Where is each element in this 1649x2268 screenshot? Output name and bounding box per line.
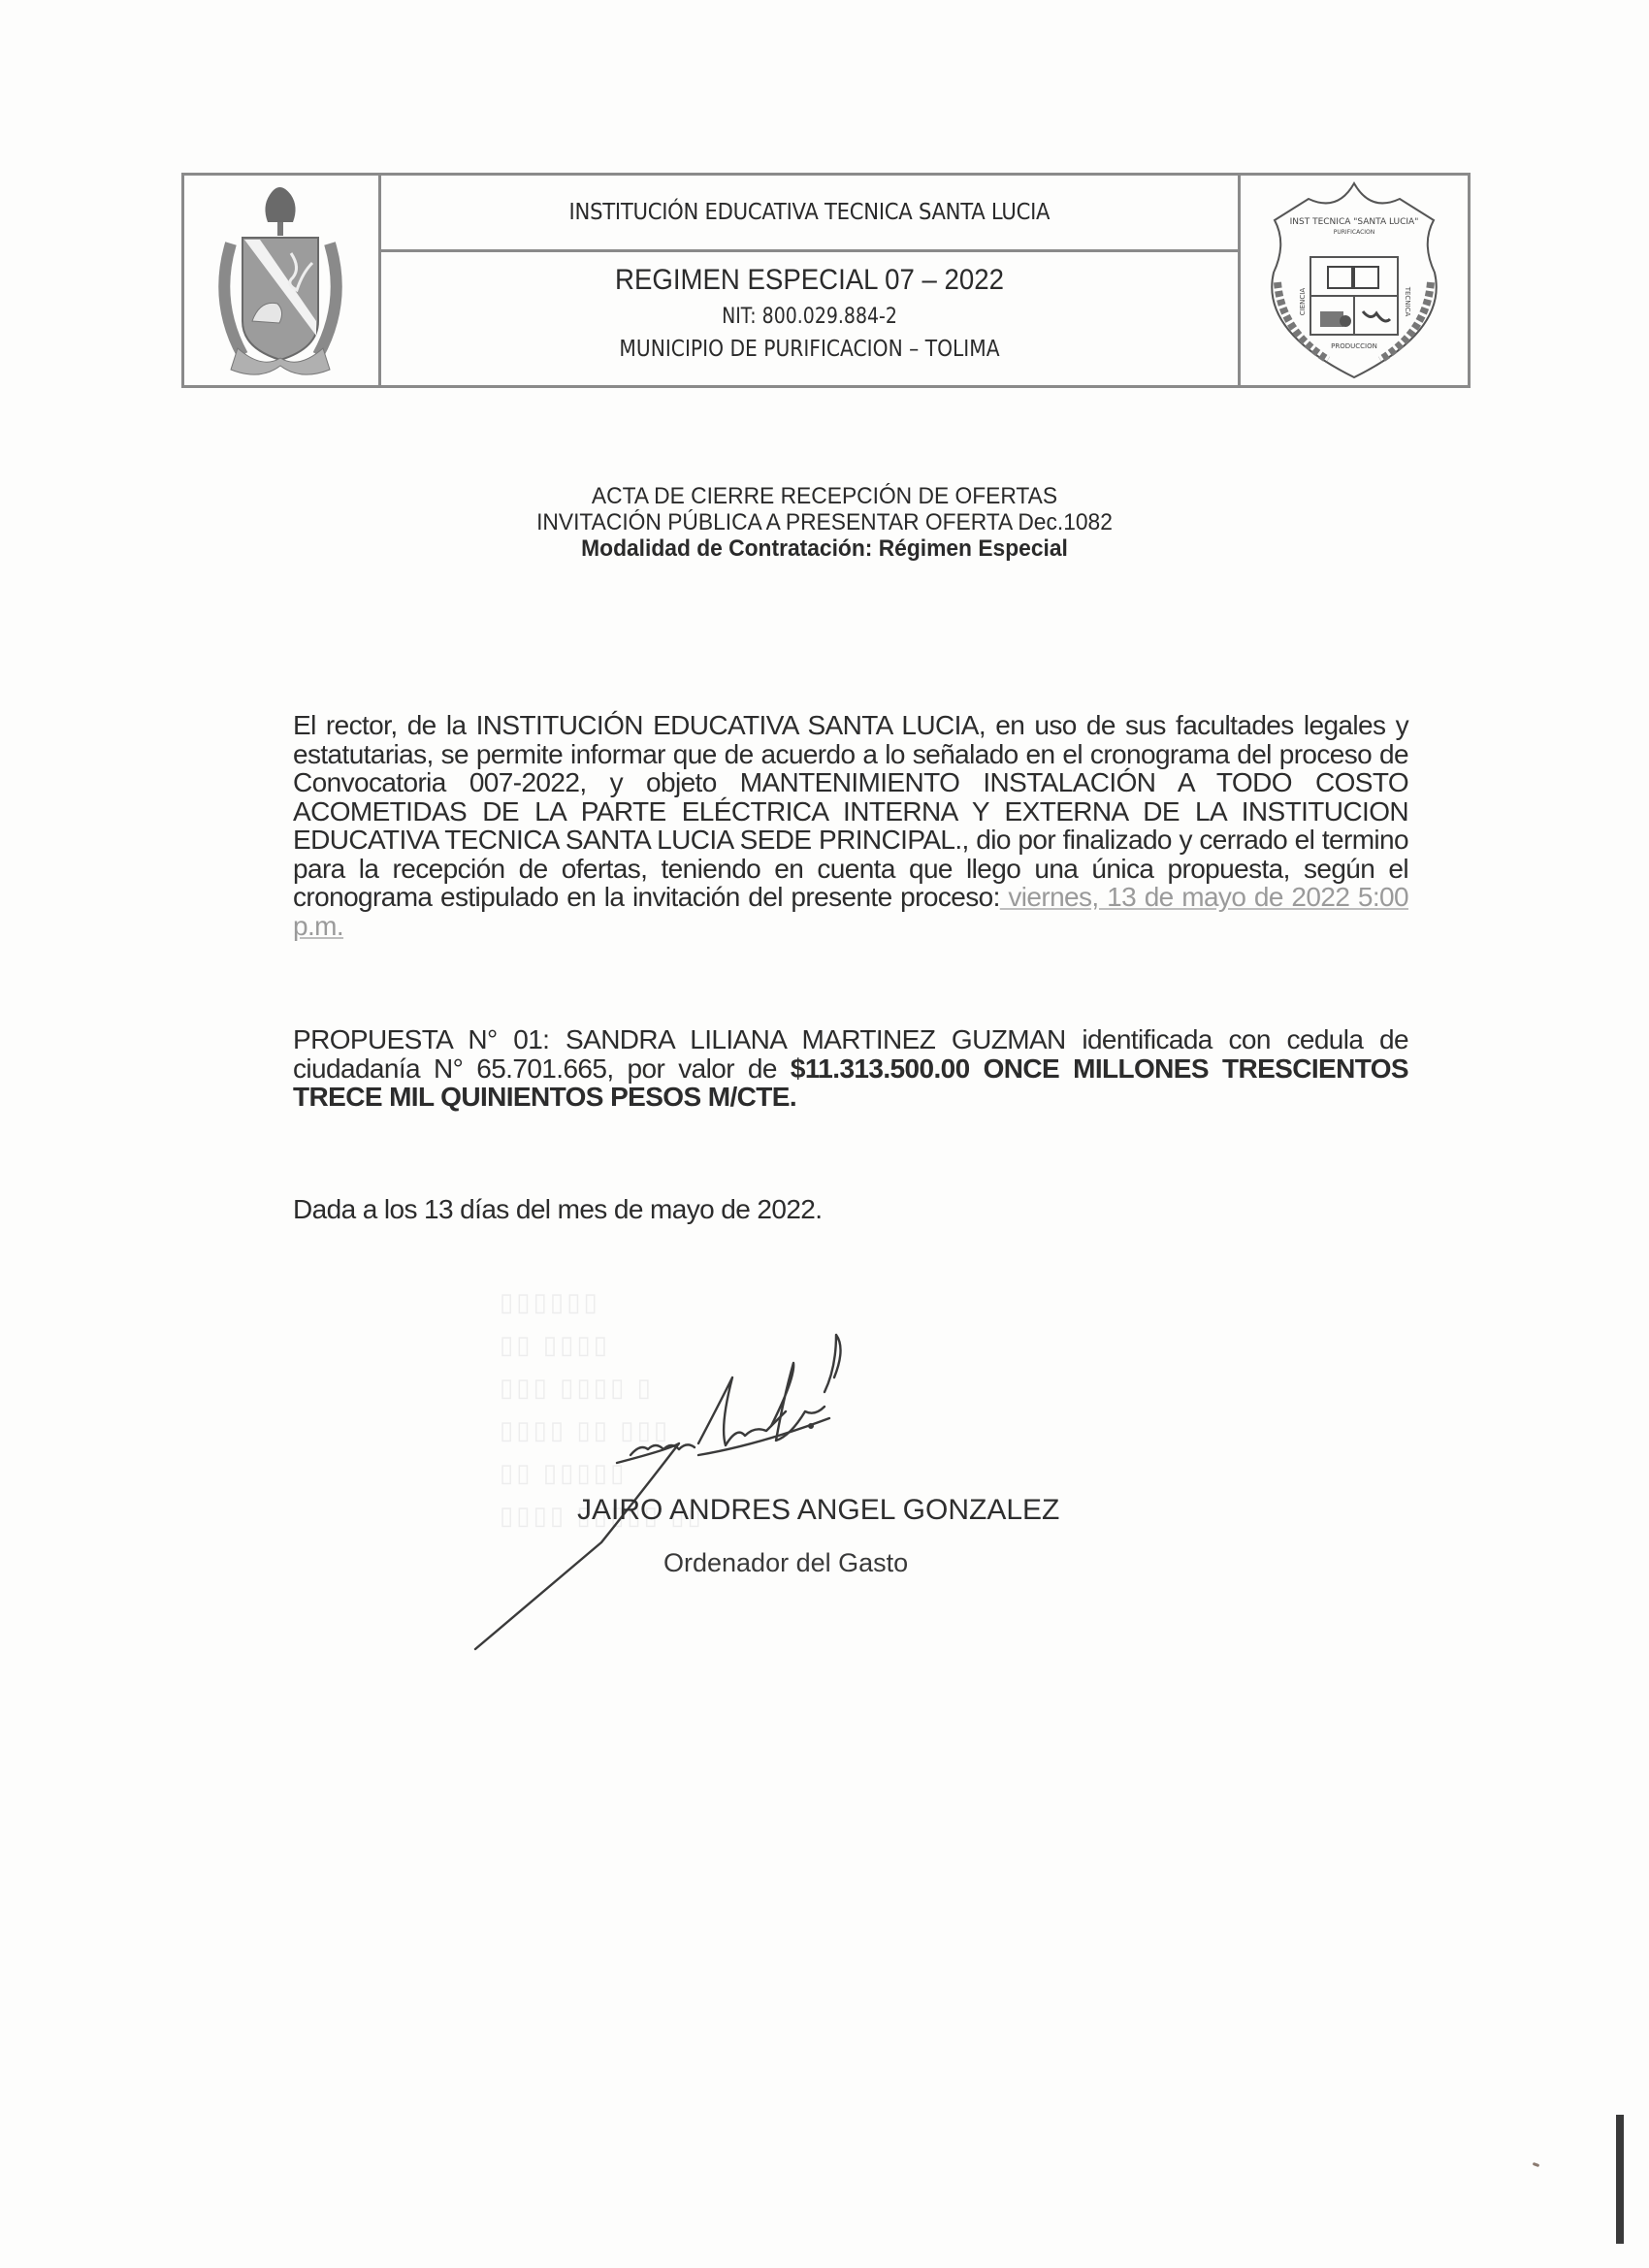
coat-of-arms-icon [184,176,375,385]
institution-row: INSTITUCIÓN EDUCATIVA TECNICA SANTA LUCI… [381,176,1238,252]
institution-name: INSTITUCIÓN EDUCATIVA TECNICA SANTA LUCI… [569,200,1051,225]
school-shield-icon: INST TECNICA "SANTA LUCIA" PURIFICACION … [1241,176,1468,385]
signatory-role: Ordenador del Gasto [663,1548,908,1578]
regimen-label: REGIMEN ESPECIAL 07 – 2022 [415,264,1203,297]
document-page: INSTITUCIÓN EDUCATIVA TECNICA SANTA LUCI… [0,0,1649,2268]
right-logo-cell: INST TECNICA "SANTA LUCIA" PURIFICACION … [1238,176,1468,385]
title-line-2: INVITACIÓN PÚBLICA A PRESENTAR OFERTA De… [42,509,1608,535]
header-text-cell: INSTITUCIÓN EDUCATIVA TECNICA SANTA LUCI… [381,176,1238,385]
document-title: ACTA DE CIERRE RECEPCIÓN DE OFERTAS INVI… [0,483,1649,562]
svg-text:PURIFICACION: PURIFICACION [1334,229,1375,236]
left-logo-cell [184,176,381,385]
issue-date-text: Dada a los 13 días del mes de mayo de 20… [293,1195,1408,1224]
title-line-3: Modalidad de Contratación: Régimen Espec… [42,535,1608,562]
svg-text:INST TECNICA "SANTA LUCIA": INST TECNICA "SANTA LUCIA" [1290,217,1419,227]
body-paragraph-1: El rector, de la INSTITUCIÓN EDUCATIVA S… [293,711,1408,940]
scan-speck [1533,2162,1540,2167]
svg-text:CIENCIA: CIENCIA [1299,288,1307,316]
header-details: REGIMEN ESPECIAL 07 – 2022 NIT: 800.029.… [381,252,1238,388]
proposal-paragraph: PROPUESTA N° 01: SANDRA LILIANA MARTINEZ… [293,1025,1408,1112]
signatory-name: JAIRO ANDRES ANGEL GONZALEZ [577,1494,1059,1527]
svg-text:TECNICA: TECNICA [1404,286,1411,317]
header-table: INSTITUCIÓN EDUCATIVA TECNICA SANTA LUCI… [181,173,1471,388]
date-paragraph: Dada a los 13 días del mes de mayo de 20… [293,1195,1408,1224]
title-line-1: ACTA DE CIERRE RECEPCIÓN DE OFERTAS [42,483,1608,509]
municipio-label: MUNICIPIO DE PURIFICACION – TOLIMA [433,337,1186,362]
scan-edge-mark [1616,2115,1624,2244]
nit-label: NIT: 800.029.884-2 [441,305,1178,329]
svg-text:PRODUCCION: PRODUCCION [1331,342,1377,350]
